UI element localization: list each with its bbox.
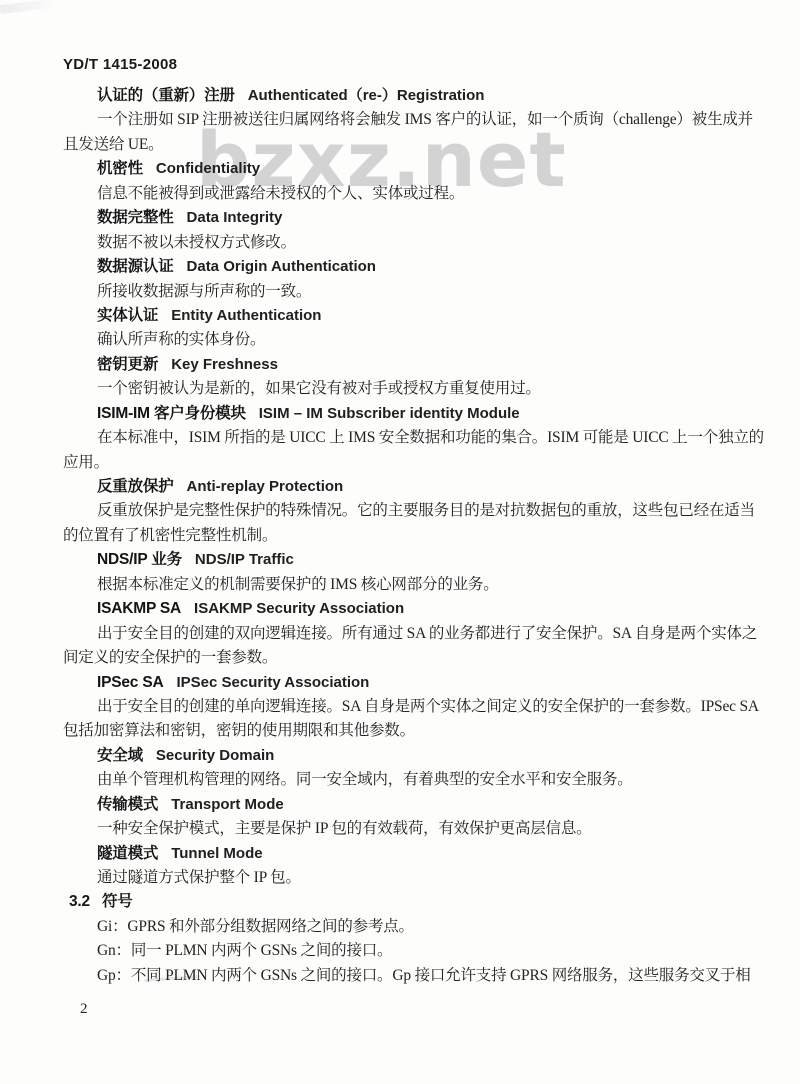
body-line: 一个密钥被认为是新的，如果它没有被对手或授权方重复使用过。 (63, 377, 753, 401)
term-en: Security Domain (156, 747, 274, 764)
body-line: Gi：GPRS 和外部分组数据网络之间的参考点。 (63, 915, 753, 939)
term-zh: 隧道模式 (97, 845, 158, 862)
term-line: 隧道模式Tunnel Mode (63, 842, 753, 866)
term-zh: 传输模式 (97, 796, 158, 813)
body-line: 所接收数据源与所声称的一致。 (63, 280, 753, 304)
body-line: 在本标准中，ISIM 所指的是 UICC 上 IMS 安全数据和功能的集合。IS… (63, 426, 753, 450)
term-en: IPSec Security Association (176, 674, 369, 691)
body-line: 间定义的安全保护的一套参数。 (63, 646, 753, 670)
body-line: 应用。 (63, 451, 753, 475)
section-heading: 3.2符号 (63, 890, 753, 914)
term-en: NDS/IP Traffic (195, 551, 294, 568)
term-line: 密钥更新Key Freshness (63, 353, 753, 377)
body-line: 数据不被以未授权方式修改。 (63, 231, 753, 255)
body-line: 一个注册如 SIP 注册被送往归属网络将会触发 IMS 客户的认证，如一个质询（… (63, 108, 753, 132)
term-line: ISAKMP SAISAKMP Security Association (63, 597, 753, 621)
term-zh: 数据源认证 (97, 258, 174, 275)
body-line: 的位置有了机密性完整性机制。 (63, 524, 753, 548)
term-line: 实体认证Entity Authentication (63, 304, 753, 328)
term-zh: 安全域 (97, 747, 143, 764)
term-line: 数据完整性Data Integrity (63, 206, 753, 230)
term-line: ISIM-IM 客户身份模块ISIM – IM Subscriber ident… (63, 402, 753, 426)
term-zh: ISAKMP SA (97, 600, 181, 617)
term-line: NDS/IP 业务NDS/IP Traffic (63, 548, 753, 572)
term-zh: 实体认证 (97, 307, 158, 324)
term-zh: 密钥更新 (97, 356, 158, 373)
term-line: 数据源认证Data Origin Authentication (63, 255, 753, 279)
term-en: ISAKMP Security Association (194, 600, 404, 617)
document-lines: 认证的（重新）注册Authenticated（re-）Registration一… (63, 84, 753, 988)
term-line: 安全域Security Domain (63, 744, 753, 768)
document-page: bzxz.net YD/T 1415-2008 认证的（重新）注册Authent… (0, 0, 800, 1084)
term-en: Anti-replay Protection (187, 478, 344, 495)
body-line: Gp：不同 PLMN 内两个 GSNs 之间的接口。Gp 接口允许支持 GPRS… (63, 964, 753, 988)
term-line: 机密性Confidentiality (63, 157, 753, 181)
term-en: Entity Authentication (171, 307, 321, 324)
term-line: 反重放保护Anti-replay Protection (63, 475, 753, 499)
body-line: 出于安全目的创建的单向逻辑连接。SA 自身是两个实体之间定义的安全保护的一套参数… (63, 695, 753, 719)
section-number: 3.2 (69, 893, 90, 910)
body-line: 信息不能被得到或泄露给未授权的个人、实体或过程。 (63, 182, 753, 206)
body-line: Gn：同一 PLMN 内两个 GSNs 之间的接口。 (63, 939, 753, 963)
body-line: 出于安全目的创建的双向逻辑连接。所有通过 SA 的业务都进行了安全保护。SA 自… (63, 622, 753, 646)
term-zh: ISIM-IM 客户身份模块 (97, 405, 246, 422)
term-en: Data Origin Authentication (187, 258, 376, 275)
term-line: IPSec SAIPSec Security Association (63, 671, 753, 695)
body-line: 根据本标准定义的机制需要保护的 IMS 核心网部分的业务。 (63, 573, 753, 597)
body-line: 由单个管理机构管理的网络。同一安全域内，有着典型的安全水平和安全服务。 (63, 768, 753, 792)
page-number: 2 (80, 1001, 88, 1018)
scan-artifact-top-left (0, 0, 52, 14)
section-title: 符号 (102, 893, 133, 910)
term-en: Confidentiality (156, 160, 260, 177)
body-line: 反重放保护是完整性保护的特殊情况。它的主要服务目的是对抗数据包的重放，这些包已经… (63, 499, 753, 523)
term-en: Key Freshness (171, 356, 278, 373)
body-line: 包括加密算法和密钥，密钥的使用期限和其他参数。 (63, 719, 753, 743)
body-line: 且发送给 UE。 (63, 133, 753, 157)
term-en: Transport Mode (171, 796, 284, 813)
term-zh: NDS/IP 业务 (97, 551, 182, 568)
body-line: 通过隧道方式保护整个 IP 包。 (63, 866, 753, 890)
term-en: Data Integrity (187, 209, 283, 226)
term-zh: 机密性 (97, 160, 143, 177)
standard-number-header: YD/T 1415-2008 (63, 56, 177, 73)
term-zh: 认证的（重新）注册 (97, 87, 235, 104)
term-en: Authenticated（re-）Registration (248, 87, 485, 104)
term-zh: 反重放保护 (97, 478, 174, 495)
term-zh: IPSec SA (97, 674, 163, 691)
term-en: Tunnel Mode (171, 845, 262, 862)
term-line: 认证的（重新）注册Authenticated（re-）Registration (63, 84, 753, 108)
term-line: 传输模式Transport Mode (63, 793, 753, 817)
term-zh: 数据完整性 (97, 209, 174, 226)
term-en: ISIM – IM Subscriber identity Module (259, 405, 520, 422)
body-line: 一种安全保护模式，主要是保护 IP 包的有效载荷，有效保护更高层信息。 (63, 817, 753, 841)
body-line: 确认所声称的实体身份。 (63, 328, 753, 352)
